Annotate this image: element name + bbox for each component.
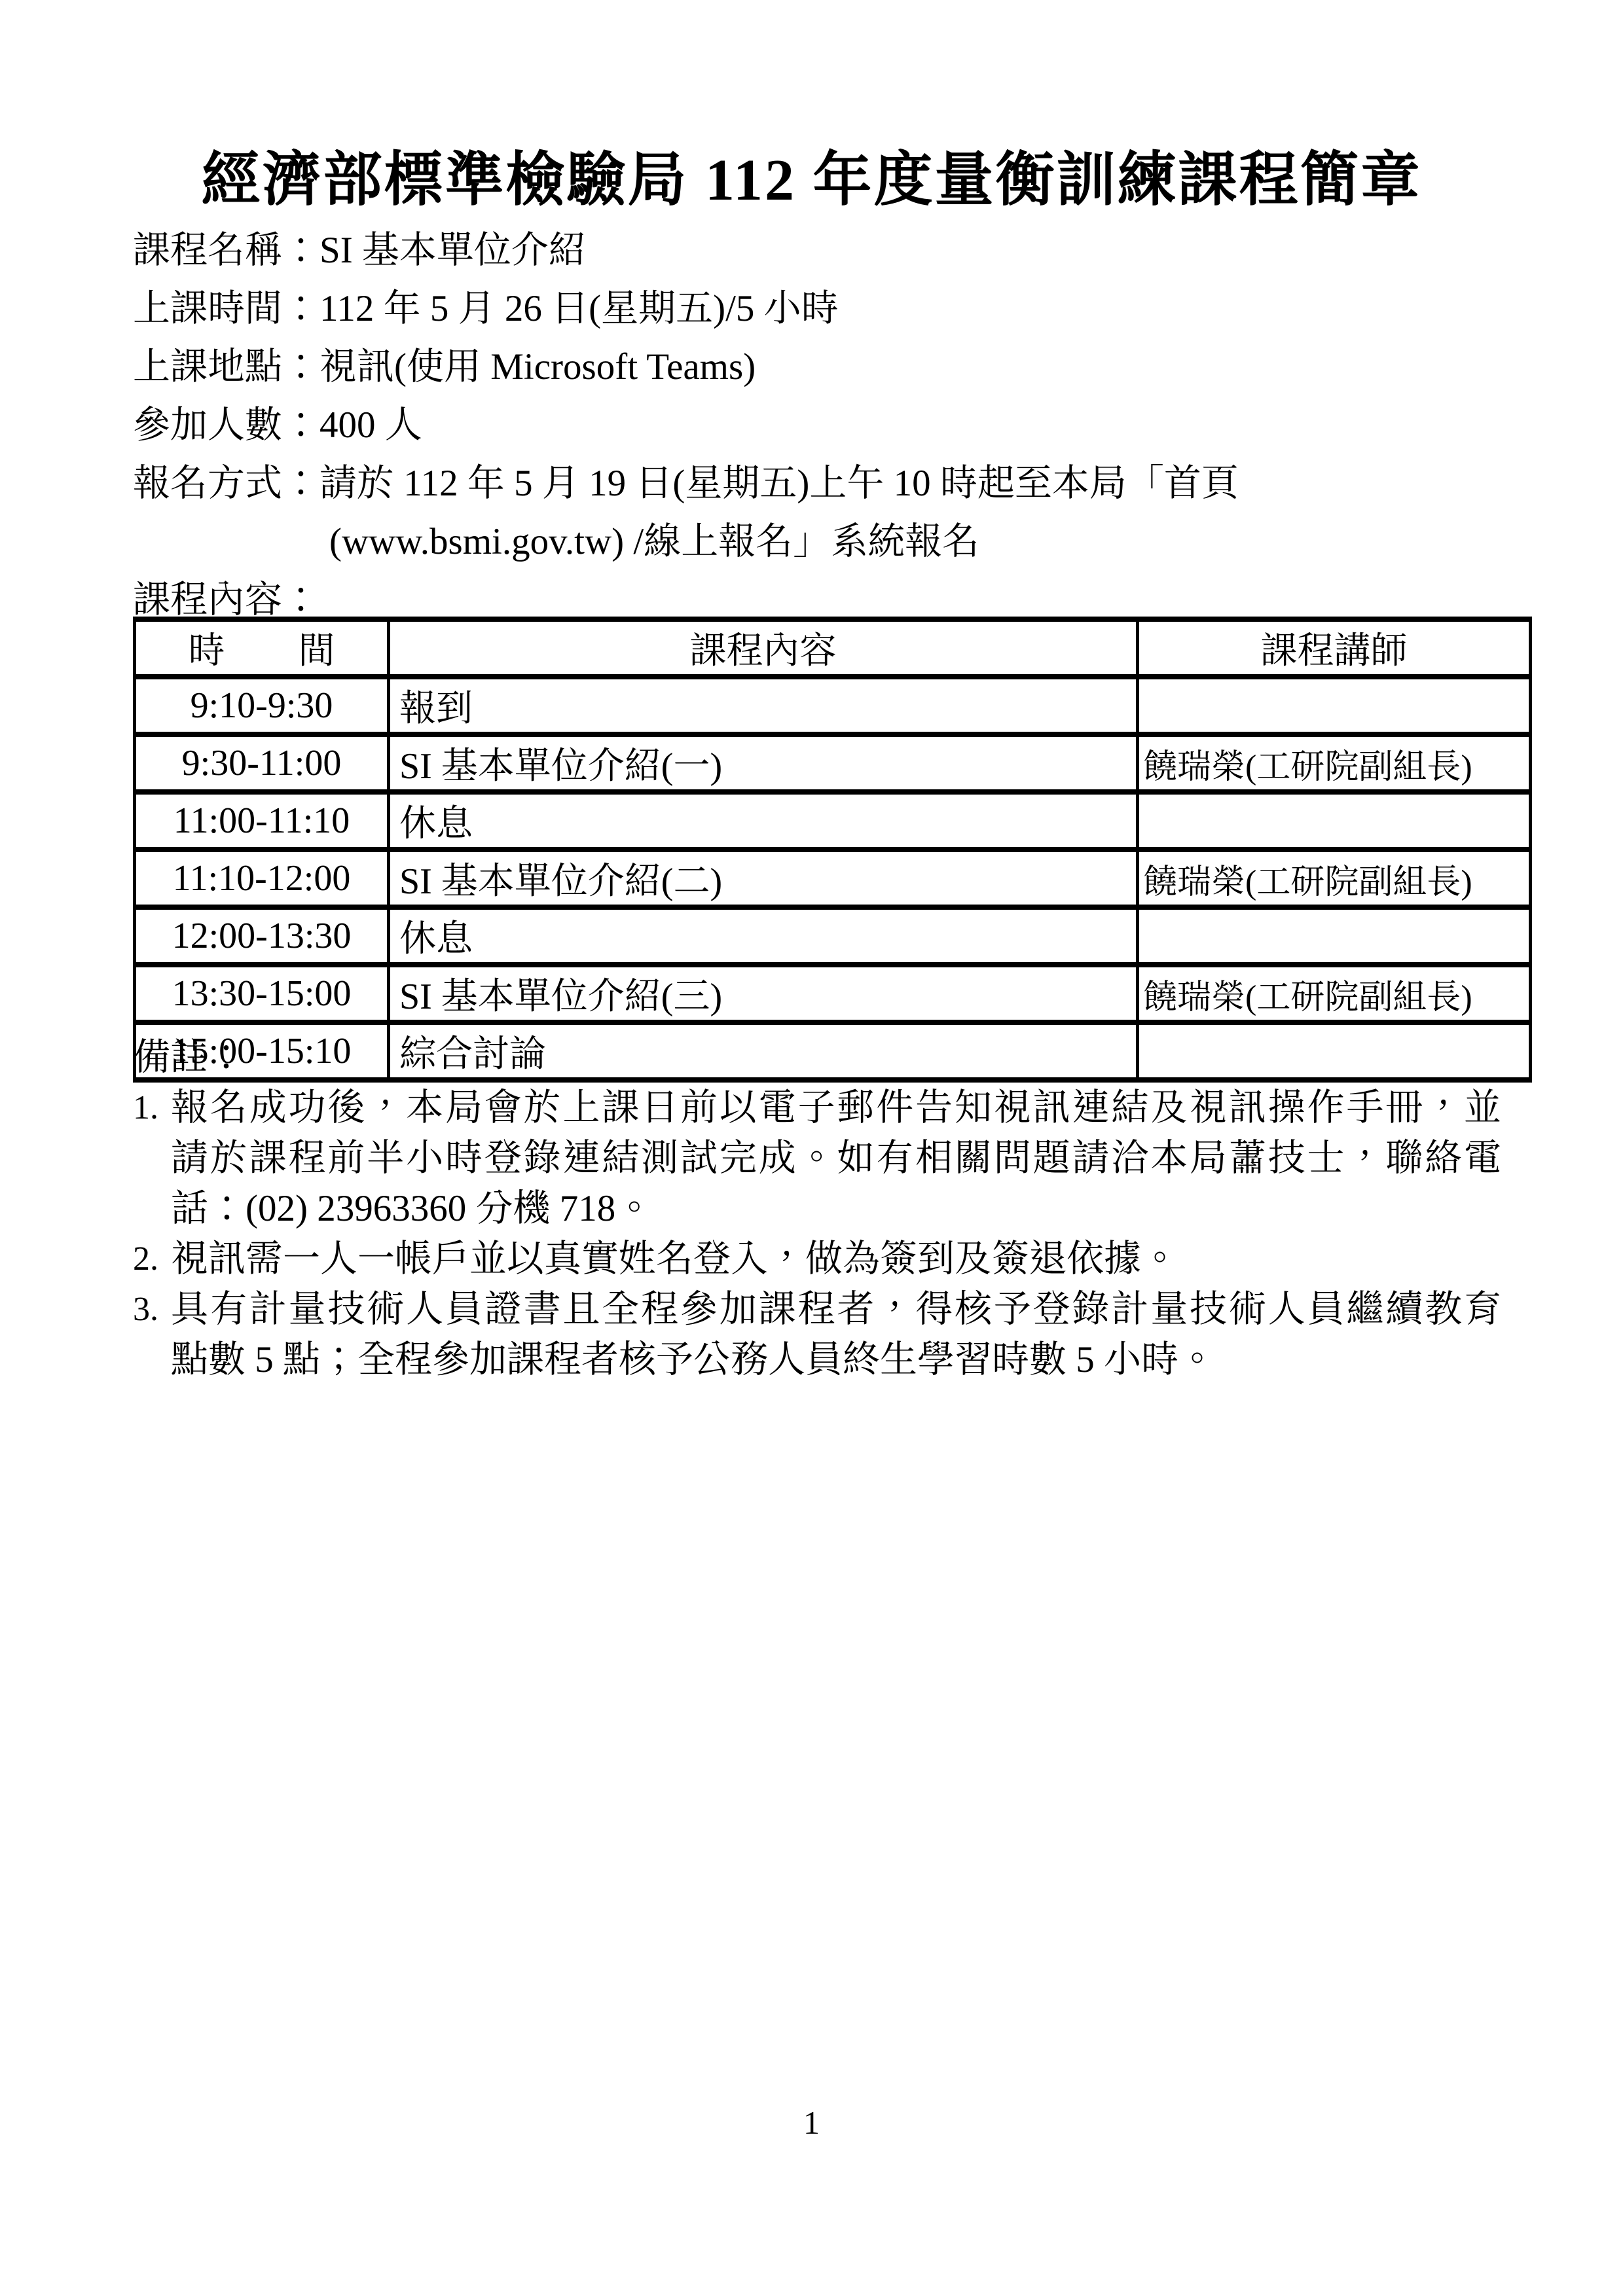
table-header-content: 課程內容 — [389, 619, 1138, 677]
note-line: 話：(02) 23963360 分機 718。 — [171, 1183, 1501, 1234]
table-row: 13:30-15:00 SI 基本單位介紹(三) 饒瑞榮(工研院副組長) — [135, 965, 1531, 1022]
info-line-class-location: 上課地點：視訊(使用 Microsoft Teams) — [133, 338, 1560, 396]
cell-lecturer: 饒瑞榮(工研院副組長) — [1138, 965, 1531, 1022]
cell-lecturer — [1138, 907, 1531, 965]
table-row: 9:30-11:00 SI 基本單位介紹(一) 饒瑞榮(工研院副組長) — [135, 734, 1531, 792]
note-number: 3. — [133, 1284, 158, 1335]
note-line: 點數 5 點；全程參加課程者核予公務人員終生學習時數 5 小時。 — [171, 1335, 1501, 1385]
cell-time: 12:00-13:30 — [135, 907, 389, 965]
cell-time: 9:30-11:00 — [135, 734, 389, 792]
note-number: 2. — [133, 1234, 158, 1284]
schedule-section: 時 間 課程內容 課程講師 9:10-9:30 報到 9:30-11:00 SI… — [133, 617, 1532, 1083]
cell-content: SI 基本單位介紹(三) — [389, 965, 1138, 1022]
table-row: 9:10-9:30 報到 — [135, 677, 1531, 734]
cell-time: 13:30-15:00 — [135, 965, 389, 1022]
info-line-course-name: 課程名稱：SI 基本單位介紹 — [133, 221, 1560, 279]
cell-content: SI 基本單位介紹(二) — [389, 850, 1138, 907]
note-item-3: 3. 具有計量技術人員證書且全程參加課程者，得核予登錄計量技術人員繼續教育 點數… — [133, 1284, 1501, 1385]
cell-content: 報到 — [389, 677, 1138, 734]
table-row: 11:10-12:00 SI 基本單位介紹(二) 饒瑞榮(工研院副組長) — [135, 850, 1531, 907]
info-line-registration: 報名方式：請於 112 年 5 月 19 日(星期五)上午 10 時起至本局「首… — [133, 454, 1560, 512]
note-number: 1. — [133, 1083, 158, 1133]
table-header-row: 時 間 課程內容 課程講師 — [135, 619, 1531, 677]
note-item-1: 1. 報名成功後，本局會於上課日前以電子郵件告知視訊連結及視訊操作手冊，並 請於… — [133, 1083, 1501, 1234]
cell-time: 11:10-12:00 — [135, 850, 389, 907]
table-row: 12:00-13:30 休息 — [135, 907, 1531, 965]
note-line: 請於課程前半小時登錄連結測試完成。如有相關問題請洽本局蕭技士，聯絡電 — [171, 1133, 1501, 1183]
note-line: 視訊需一人一帳戶並以真實姓名登入，做為簽到及簽退依據。 — [171, 1234, 1501, 1284]
cell-time: 11:00-11:10 — [135, 792, 389, 850]
table-header-lecturer: 課程講師 — [1138, 619, 1531, 677]
note-line: 具有計量技術人員證書且全程參加課程者，得核予登錄計量技術人員繼續教育 — [171, 1284, 1501, 1335]
note-item-2: 2. 視訊需一人一帳戶並以真實姓名登入，做為簽到及簽退依據。 — [133, 1234, 1501, 1284]
cell-lecturer — [1138, 677, 1531, 734]
page-title: 經濟部標準檢驗局 112 年度量衡訓練課程簡章 — [0, 145, 1623, 216]
cell-content: 休息 — [389, 907, 1138, 965]
info-line-participants: 參加人數：400 人 — [133, 396, 1560, 454]
table-header-time: 時 間 — [135, 619, 389, 677]
cell-lecturer — [1138, 792, 1531, 850]
page-number: 1 — [0, 2104, 1623, 2142]
cell-content: SI 基本單位介紹(一) — [389, 734, 1138, 792]
info-line-class-time: 上課時間：112 年 5 月 26 日(星期五)/5 小時 — [133, 279, 1560, 338]
cell-time: 9:10-9:30 — [135, 677, 389, 734]
info-line-registration-continued: (www.bsmi.gov.tw) /線上報名」系統報名 — [133, 512, 1560, 571]
notes-heading: 備註： — [133, 1033, 1501, 1083]
cell-lecturer: 饒瑞榮(工研院副組長) — [1138, 850, 1531, 907]
course-info-block: 課程名稱：SI 基本單位介紹 上課時間：112 年 5 月 26 日(星期五)/… — [133, 221, 1560, 629]
cell-content: 休息 — [389, 792, 1138, 850]
schedule-table: 時 間 課程內容 課程講師 9:10-9:30 報到 9:30-11:00 SI… — [133, 617, 1532, 1083]
notes-section: 備註： 1. 報名成功後，本局會於上課日前以電子郵件告知視訊連結及視訊操作手冊，… — [133, 1033, 1501, 1385]
cell-lecturer: 饒瑞榮(工研院副組長) — [1138, 734, 1531, 792]
document-page: 經濟部標準檢驗局 112 年度量衡訓練課程簡章 課程名稱：SI 基本單位介紹 上… — [0, 0, 1623, 2296]
table-row: 11:00-11:10 休息 — [135, 792, 1531, 850]
note-line: 報名成功後，本局會於上課日前以電子郵件告知視訊連結及視訊操作手冊，並 — [171, 1083, 1501, 1133]
